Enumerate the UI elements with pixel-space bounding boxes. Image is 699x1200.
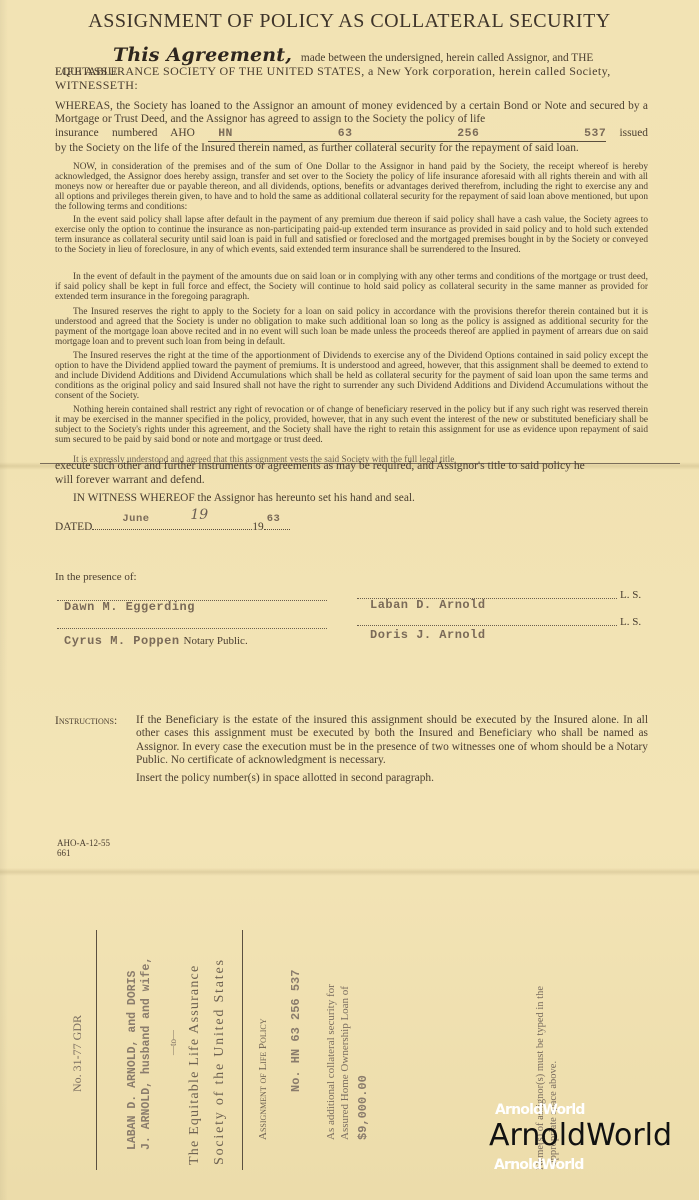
dated-label: DATED [55,521,92,533]
terms-paragraph-default: In the event of default in the payment o… [55,272,648,302]
dated-century: 19 [252,521,263,533]
assignor-2-line [357,625,617,626]
dated-day: 19 [190,509,208,522]
back-society-line-1: The Equitable Life Assurance [187,965,203,1165]
back-divider-2 [242,930,243,1170]
form-code-main: AHO-A-12-55 [57,838,110,848]
dated-month: June [122,513,149,526]
agreement-witnesseth: WITNESSETH: [55,78,138,93]
policy-number-field: insurance numbered AHO HN 63 256 537 iss… [55,127,648,142]
policy-number: HN 63 256 537 [218,128,606,140]
instructions-text: If the Beneficiary is the estate of the … [136,714,648,767]
form-code: AHO-A-12-55 661 [57,838,110,858]
back-to: —to— [168,1030,178,1055]
back-file-number: No. 31-77 GDR [70,1015,85,1092]
agreement-lead: This Agreement, [113,44,292,66]
dated-year: 63 [267,513,281,526]
terms-paragraph-now: NOW, in consideration of the premises an… [55,162,648,212]
witness-2-name: Cyrus M. Poppen [64,634,180,648]
back-assignors-line-2: J. ARNOLD, husband and wife, [140,957,153,1150]
policy-prefix: insurance numbered AHO [55,127,195,139]
assignor-1-name: Laban D. Arnold [370,598,486,612]
back-heading: Assignment of Life Policy [257,1019,269,1140]
watermark-large: ArnoldWorld [489,1118,672,1153]
assignor-2-name: Doris J. Arnold [370,628,486,642]
notary-signature: Cyrus M. Poppen Notary Public. [64,631,248,649]
watermark-small-top: ArnoldWorld [495,1102,585,1118]
witness-2-line [57,628,327,629]
whereas-paragraph: WHEREAS, the Society has loaned to the A… [55,100,648,155]
terms-paragraph-lapse: In the event said policy shall lapse aft… [55,215,648,255]
seal-label-2: L. S. [620,616,641,628]
agreement-line-2: LIFE ASSURANCE SOCIETY OF THE UNITED STA… [55,64,650,79]
instructions-note: Insert the policy number(s) in space all… [136,772,434,785]
whereas-text-2: by the Society on the life of the Insure… [55,142,579,154]
form-code-sub: 661 [57,848,110,858]
dated-row: DATED June 19 19 63 [55,517,290,534]
back-society-line-2: Society of the United States [212,958,228,1165]
policy-suffix: issued [620,127,648,139]
terms-paragraph-beneficiary: Nothing herein contained shall restrict … [55,405,648,445]
back-collateral-line-1: As additional collateral security for [325,984,337,1140]
seal-label-1: L. S. [620,589,641,601]
instructions-label: Instructions: [55,715,117,727]
witness-1-name: Dawn M. Eggerding [64,600,195,614]
fold-crease [0,868,699,876]
back-divider-1 [96,930,97,1170]
terms-paragraph-dividends: The Insured reserves the right at the ti… [55,351,648,401]
document-title: ASSIGNMENT OF POLICY AS COLLATERAL SECUR… [0,10,699,33]
back-loan-amount: $9,000.00 [356,1075,370,1140]
closing-line: will forever warrant and defend. [55,473,205,486]
notary-label: Notary Public. [184,635,248,647]
overlap-line-bottom: execute such other and further instrumen… [55,459,655,472]
presence-label: In the presence of: [55,571,137,584]
back-collateral-line-2: Assured Home Ownership Loan of [339,986,351,1140]
terms-paragraph-loan: The Insured reserves the right to apply … [55,307,648,347]
watermark-small-bottom: ArnoldWorld [494,1157,584,1173]
whereas-text: WHEREAS, the Society has loaned to the A… [55,100,648,125]
back-policy-number: No. HN 63 256 537 [289,970,303,1092]
back-assignors-line-1: LABAN D. ARNOLD, and DORIS [126,971,139,1150]
witness-line: IN WITNESS WHEREOF the Assignor has here… [73,492,415,505]
